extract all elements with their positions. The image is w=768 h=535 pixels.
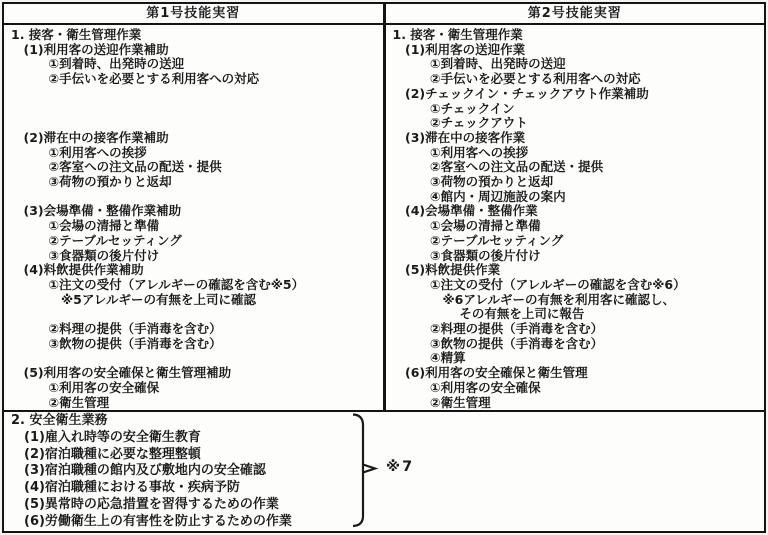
- text-line: (2)滞在中の接客作業補助: [11, 131, 383, 146]
- text-line: ②チェックアウト: [393, 116, 765, 131]
- text-line: ②料理の提供（手消毒を含む）: [393, 322, 765, 337]
- text-line: ②手伝いを必要とする利用客への対応: [11, 72, 383, 87]
- text-line: ③食器類の後片付け: [11, 249, 383, 264]
- text-line: ①到着時、出発時の送迎: [393, 57, 765, 72]
- text-line: ②衛生管理: [11, 396, 383, 410]
- text-line: ①利用客の安全確保: [11, 381, 383, 396]
- text-line: 2. 安全衛生業務: [11, 413, 764, 430]
- term1-task-list: 1. 接客・衛生管理作業 (1)利用客の送迎作業補助 ①到着時、出発時の送迎 ②…: [4, 25, 386, 410]
- text-line: ②テーブルセッティング: [393, 234, 765, 249]
- text-line: 1. 接客・衛生管理作業: [393, 28, 765, 43]
- text-line: ③食器類の後片付け: [393, 249, 765, 264]
- text-line: [11, 351, 383, 366]
- text-line: (3)滞在中の接客作業: [393, 131, 765, 146]
- text-line: ③飲物の提供（手消毒を含む）: [11, 337, 383, 352]
- text-line: ②衛生管理: [393, 396, 765, 410]
- text-line: ①会場の清掃と準備: [393, 219, 765, 234]
- safety-task-list: 2. 安全衛生業務 (1)雇入れ時等の安全衛生教育 (2)宿泊職種に必要な整理整…: [4, 412, 764, 531]
- column-header-term2: 第2号技能実習: [386, 4, 765, 23]
- text-line: (1)利用客の送迎作業補助: [11, 43, 383, 58]
- text-line: [11, 307, 383, 322]
- safety-section-row: 2. 安全衛生業務 (1)雇入れ時等の安全衛生教育 (2)宿泊職種に必要な整理整…: [4, 410, 764, 531]
- text-line: (5)異常時の応急措置を習得するための作業: [11, 497, 764, 514]
- document-page: 第1号技能実習 第2号技能実習 1. 接客・衛生管理作業 (1)利用客の送迎作業…: [2, 2, 766, 533]
- text-line: ①利用客への挨拶: [393, 146, 765, 161]
- text-line: (2)チェックイン・チェックアウト作業補助: [393, 87, 765, 102]
- text-line: ※6アレルギーの有無を利用客に確認し、: [393, 293, 765, 308]
- text-line: (5)料飲提供作業: [393, 263, 765, 278]
- text-line: ②手伝いを必要とする利用客への対応: [393, 72, 765, 87]
- text-line: ②客室への注文品の配送・提供: [393, 160, 765, 175]
- text-line: ①到着時、出発時の送迎: [11, 57, 383, 72]
- text-line: ④館内・周辺施設の案内: [393, 190, 765, 205]
- text-line: ②テーブルセッティング: [11, 234, 383, 249]
- column-header-term1: 第1号技能実習: [4, 4, 386, 23]
- text-line: 1. 接客・衛生管理作業: [11, 28, 383, 43]
- text-line: ①チェックイン: [393, 102, 765, 117]
- text-line: ④精算: [393, 351, 765, 366]
- text-line: ①利用客への挨拶: [11, 146, 383, 161]
- text-line: ③荷物の預かりと返却: [393, 175, 765, 190]
- text-line: (1)利用客の送迎作業: [393, 43, 765, 58]
- training-task-table: 第1号技能実習 第2号技能実習 1. 接客・衛生管理作業 (1)利用客の送迎作業…: [2, 2, 766, 533]
- table-header-row: 第1号技能実習 第2号技能実習: [4, 4, 764, 25]
- text-line: (4)料飲提供作業補助: [11, 263, 383, 278]
- text-line: (6)利用客の安全確保と衛生管理: [393, 366, 765, 381]
- text-line: (4)宿泊職種における事故・疾病予防: [11, 480, 764, 497]
- note-ref-7: ※7: [386, 459, 414, 475]
- text-line: [11, 102, 383, 117]
- text-line: (4)会場準備・整備作業: [393, 204, 765, 219]
- task-body-row: 1. 接客・衛生管理作業 (1)利用客の送迎作業補助 ①到着時、出発時の送迎 ②…: [4, 25, 764, 410]
- text-line: (6)労働衛生上の有害性を防止するための作業: [11, 514, 764, 531]
- text-line: ③荷物の預かりと返却: [11, 175, 383, 190]
- text-line: ①会場の清掃と準備: [11, 219, 383, 234]
- text-line: ①注文の受付（アレルギーの確認を含む※6）: [393, 278, 765, 293]
- text-line: (5)利用客の安全確保と衛生管理補助: [11, 366, 383, 381]
- text-line: ①注文の受付（アレルギーの確認を含む※5）: [11, 278, 383, 293]
- term2-task-list: 1. 接客・衛生管理作業 (1)利用客の送迎作業 ①到着時、出発時の送迎 ②手伝…: [386, 25, 765, 410]
- text-line: (3)会場準備・整備作業補助: [11, 204, 383, 219]
- text-line: [11, 116, 383, 131]
- text-line: ③飲物の提供（手消毒を含む）: [393, 337, 765, 352]
- text-line: (1)雇入れ時等の安全衛生教育: [11, 430, 764, 447]
- text-line: [11, 190, 383, 205]
- text-line: [11, 87, 383, 102]
- text-line: その有無を上司に報告: [393, 307, 765, 322]
- text-line: ※5アレルギーの有無を上司に確認: [11, 293, 383, 308]
- text-line: ①利用客の安全確保: [393, 381, 765, 396]
- text-line: ②客室への注文品の配送・提供: [11, 160, 383, 175]
- text-line: ②料理の提供（手消毒を含む）: [11, 322, 383, 337]
